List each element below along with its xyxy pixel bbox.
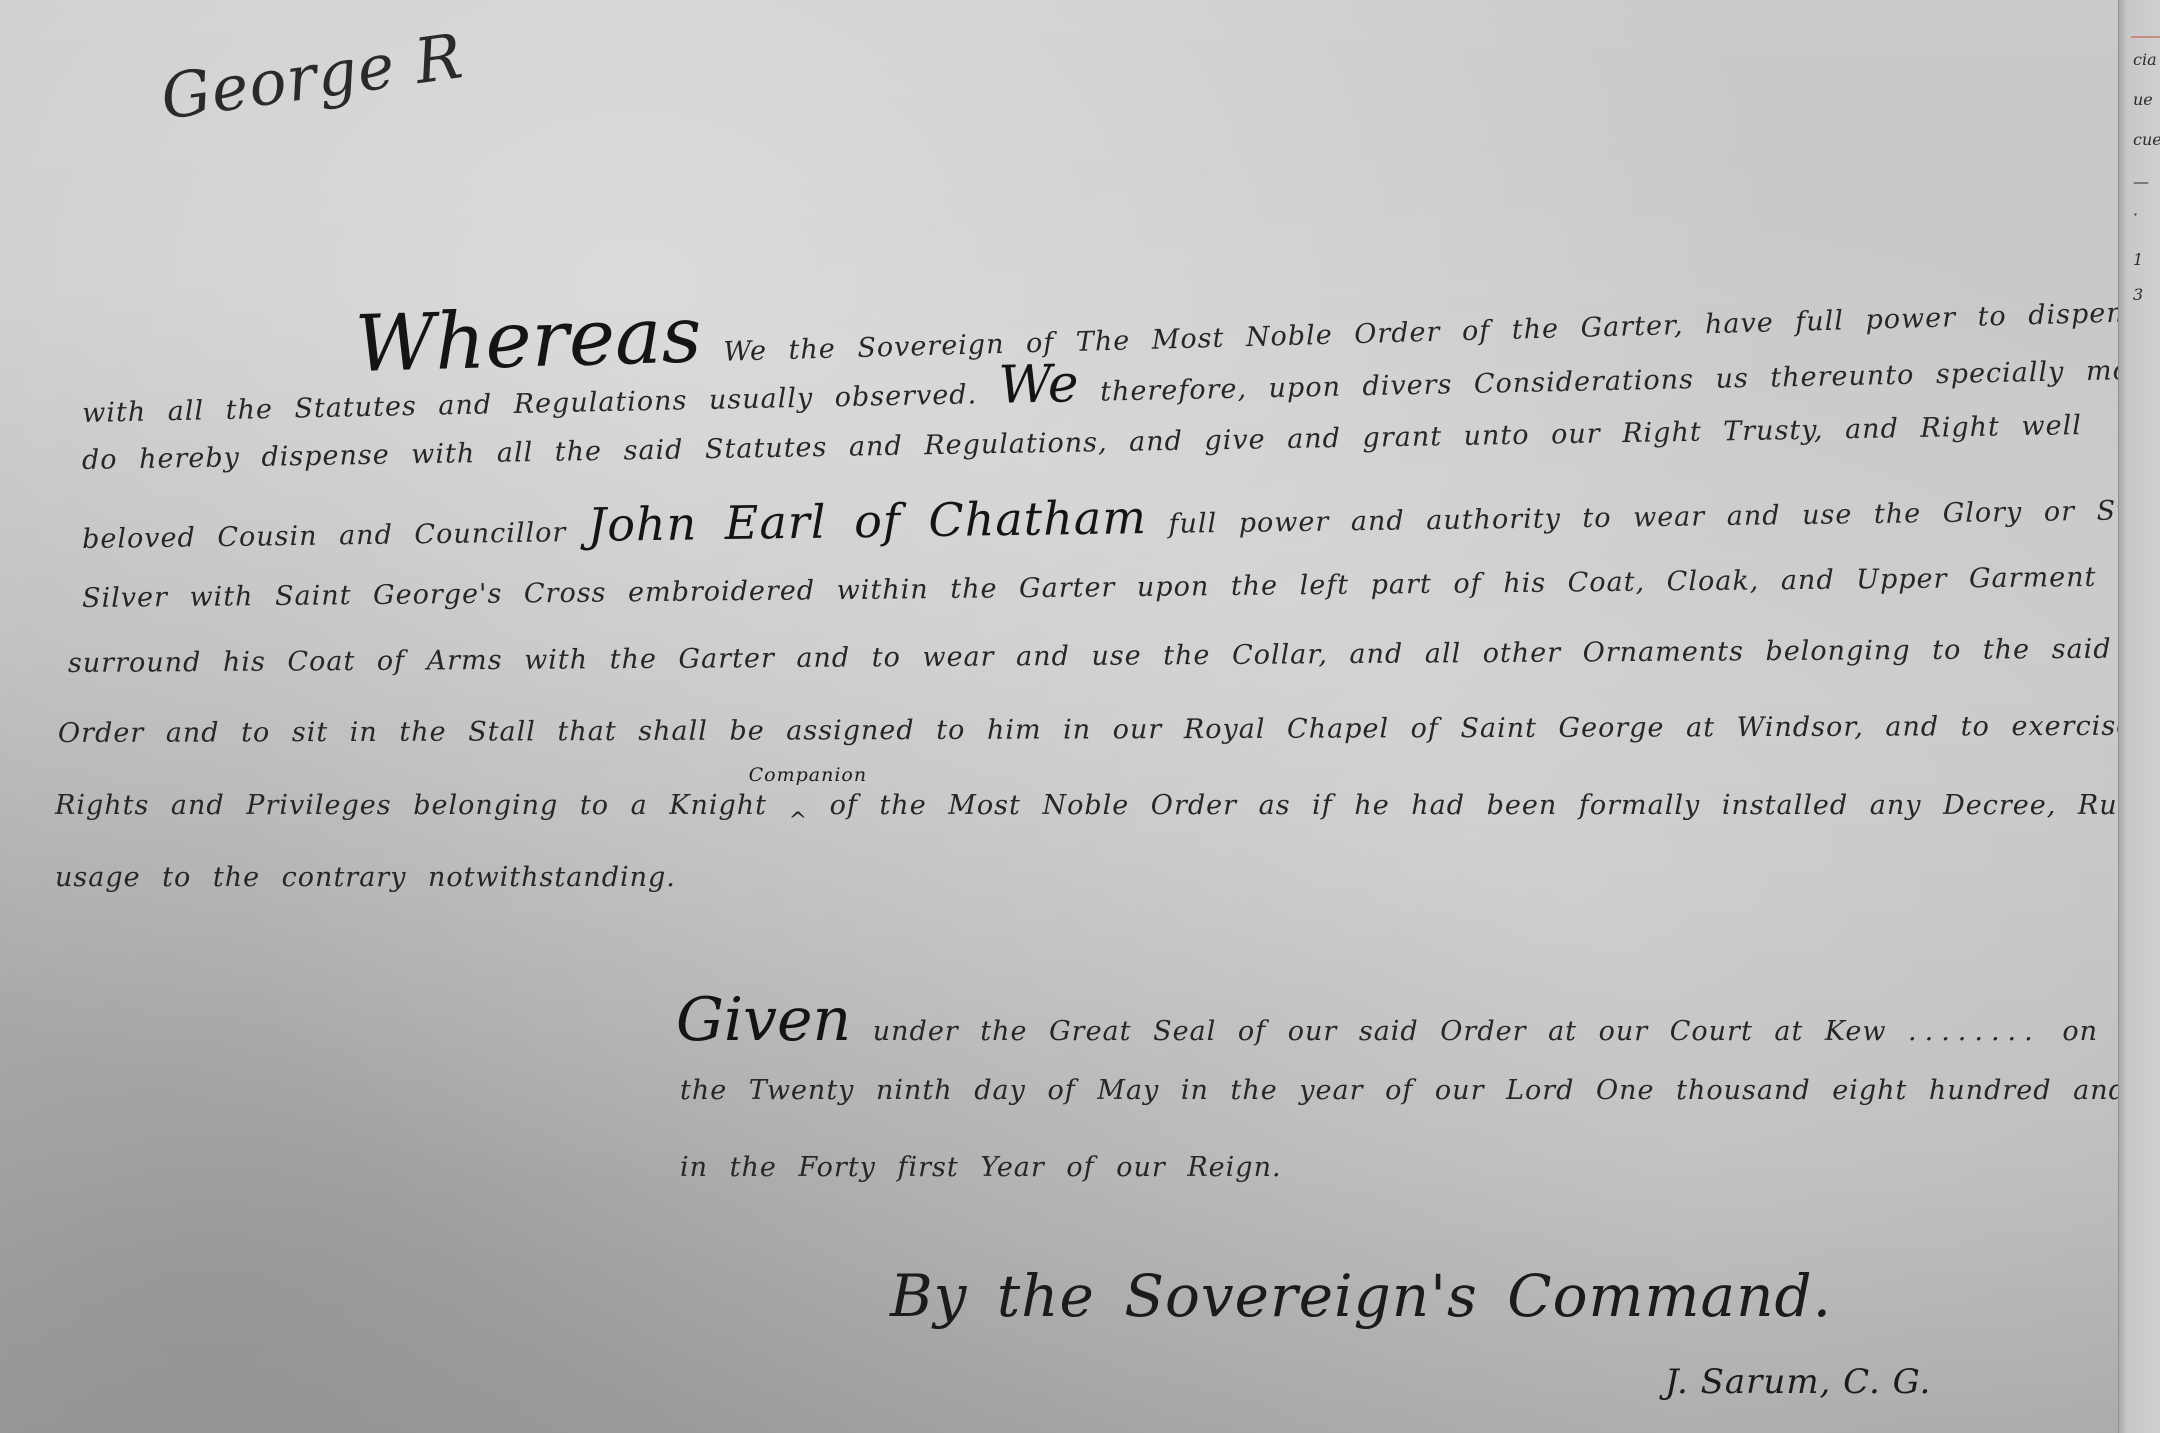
adjacent-page-mark: 1 [2133,250,2143,269]
body-line-7-text: Order and to sit in the Stall that shall… [58,711,2160,749]
adjacent-page-red-rule [2131,36,2160,38]
adjacent-page-edge: cia ue cue — · 1 3 [2118,0,2160,1433]
body-line-5: Silver with Saint George's Cross embroid… [82,560,2160,614]
dating-clause-line-2: the Twenty ninth day of May in the year … [680,1075,2160,1106]
dating-clause-line-1: Given under the Great Seal of our said O… [676,985,2098,1055]
adjacent-page-mark: · [2133,205,2138,224]
adjacent-page-mark: cue [2133,130,2160,149]
adjacent-page-mark: 3 [2133,285,2143,304]
dating-clause-line-1-end: on [2062,1016,2098,1047]
initial-given: Given [676,985,851,1055]
body-line-4-text-b: full power and authority to wear and use… [1168,494,2160,540]
dating-clause-line-1-text: under the Great Seal of our said Order a… [873,1016,1887,1047]
body-line-9-text: usage to the contrary notwithstanding. [55,862,676,893]
initial-we: We [998,354,1079,416]
body-line-5-text: Silver with Saint George's Cross embroid… [82,560,2160,614]
adjacent-page-mark: ue [2133,90,2153,109]
grantee-name: John Earl of Chatham [587,490,1147,552]
warrant-parchment: George R Whereas We the Sovereign of The… [0,0,2118,1433]
body-line-2-text-b: therefore, upon divers Considerations us… [1100,354,2160,408]
body-line-7: Order and to sit in the Stall that shall… [58,711,2160,749]
body-line-6-text: surround his Coat of Arms with the Garte… [68,633,2160,679]
body-line-4-text-a: beloved Cousin and Councillor [82,517,567,555]
body-line-8-text-b: of the Most Noble Order as if he had bee… [830,790,2160,821]
body-line-2-text-a: with all the Statutes and Regulations us… [82,379,978,429]
insertion-caret: ^ [789,809,808,834]
dating-clause-dots: ........ [1908,1016,2041,1047]
body-line-4: beloved Cousin and Councillor John Earl … [82,475,2160,559]
body-line-8-text-a: Rights and Privileges belonging to a Kni… [55,790,767,821]
sovereign-command: By the Sovereign's Command. [890,1262,1832,1330]
dating-clause-line-3: in the Forty first Year of our Reign. [680,1152,1282,1183]
dating-clause-line-2-text: the Twenty ninth day of May in the year … [680,1075,2160,1106]
countersignature: J. Sarum, C. G. [1665,1362,1931,1402]
body-line-6: surround his Coat of Arms with the Garte… [68,633,2160,679]
adjacent-page-mark: — [2133,172,2149,191]
body-line-9: usage to the contrary notwithstanding. [55,862,676,893]
interlined-word-companion: Companion [749,764,867,786]
body-line-8: Rights and Privileges belonging to a Kni… [55,790,2160,821]
interlineation: Companion ^ [789,790,808,821]
dating-clause-line-3-text: in the Forty first Year of our Reign. [680,1152,1282,1183]
royal-sign-manual: George R [156,19,467,134]
adjacent-page-mark: cia [2133,50,2157,69]
